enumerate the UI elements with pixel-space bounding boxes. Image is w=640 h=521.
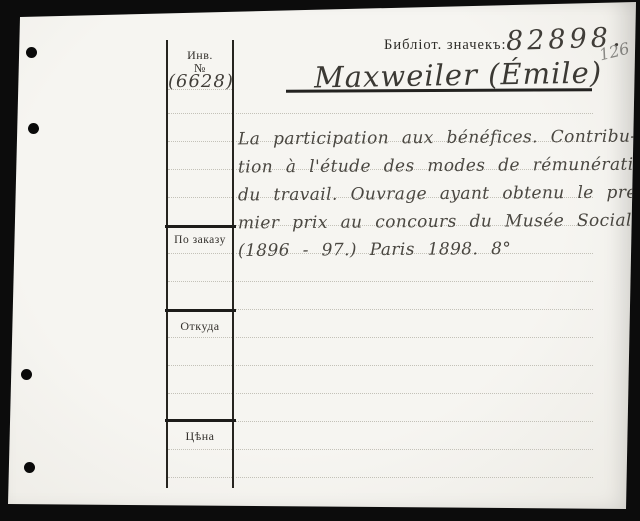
ruled-line — [236, 309, 593, 310]
ruled-line — [168, 253, 232, 254]
punch-hole — [24, 462, 35, 473]
punch-hole — [28, 123, 39, 134]
ruled-line — [168, 365, 232, 366]
ruled-line — [236, 337, 593, 338]
section-separator — [165, 225, 236, 228]
punch-hole — [26, 47, 37, 58]
ruled-line — [236, 477, 593, 478]
ruled-line — [236, 421, 593, 422]
entry-text-line: La participation aux bénéfices. Contribu… — [238, 127, 637, 150]
origin-label: Откуда — [166, 319, 234, 334]
ruled-line — [236, 113, 593, 114]
section-separator — [165, 419, 236, 422]
ruled-line — [236, 365, 593, 366]
ruled-line — [168, 113, 232, 114]
ruled-line — [236, 449, 593, 450]
ruled-line — [168, 141, 232, 142]
order-label: По заказу — [166, 234, 234, 246]
ruled-line — [168, 449, 232, 450]
ruled-line — [168, 393, 232, 394]
inventory-number-handwritten: (6628) — [168, 71, 234, 92]
library-stamp-label: Библіот. значекъ: — [384, 37, 507, 54]
entry-text-line: du travail. Ouvrage ayant obtenu le pre- — [238, 183, 640, 206]
ruled-line — [168, 337, 232, 338]
entry-text-line: tion à l'étude des modes de rémunération — [238, 155, 640, 178]
ruled-line — [236, 281, 593, 282]
ruled-line — [168, 197, 232, 198]
scanned-catalog-card: Инв. № (6628) По заказу Откуда Цѣна Библ… — [0, 0, 640, 521]
ruled-line — [168, 281, 232, 282]
ruled-line — [168, 477, 232, 478]
entry-text-line: (1896 - 97.) Paris 1898. 8° — [238, 239, 511, 261]
price-label: Цѣна — [166, 429, 234, 444]
card-paper: Инв. № (6628) По заказу Откуда Цѣна Библ… — [0, 0, 640, 521]
section-separator — [165, 309, 236, 312]
ruled-line — [168, 169, 232, 170]
ruled-line — [236, 393, 593, 394]
punch-hole — [21, 369, 32, 380]
entry-text-line: mier prix au concours du Musée Social — [238, 211, 632, 234]
